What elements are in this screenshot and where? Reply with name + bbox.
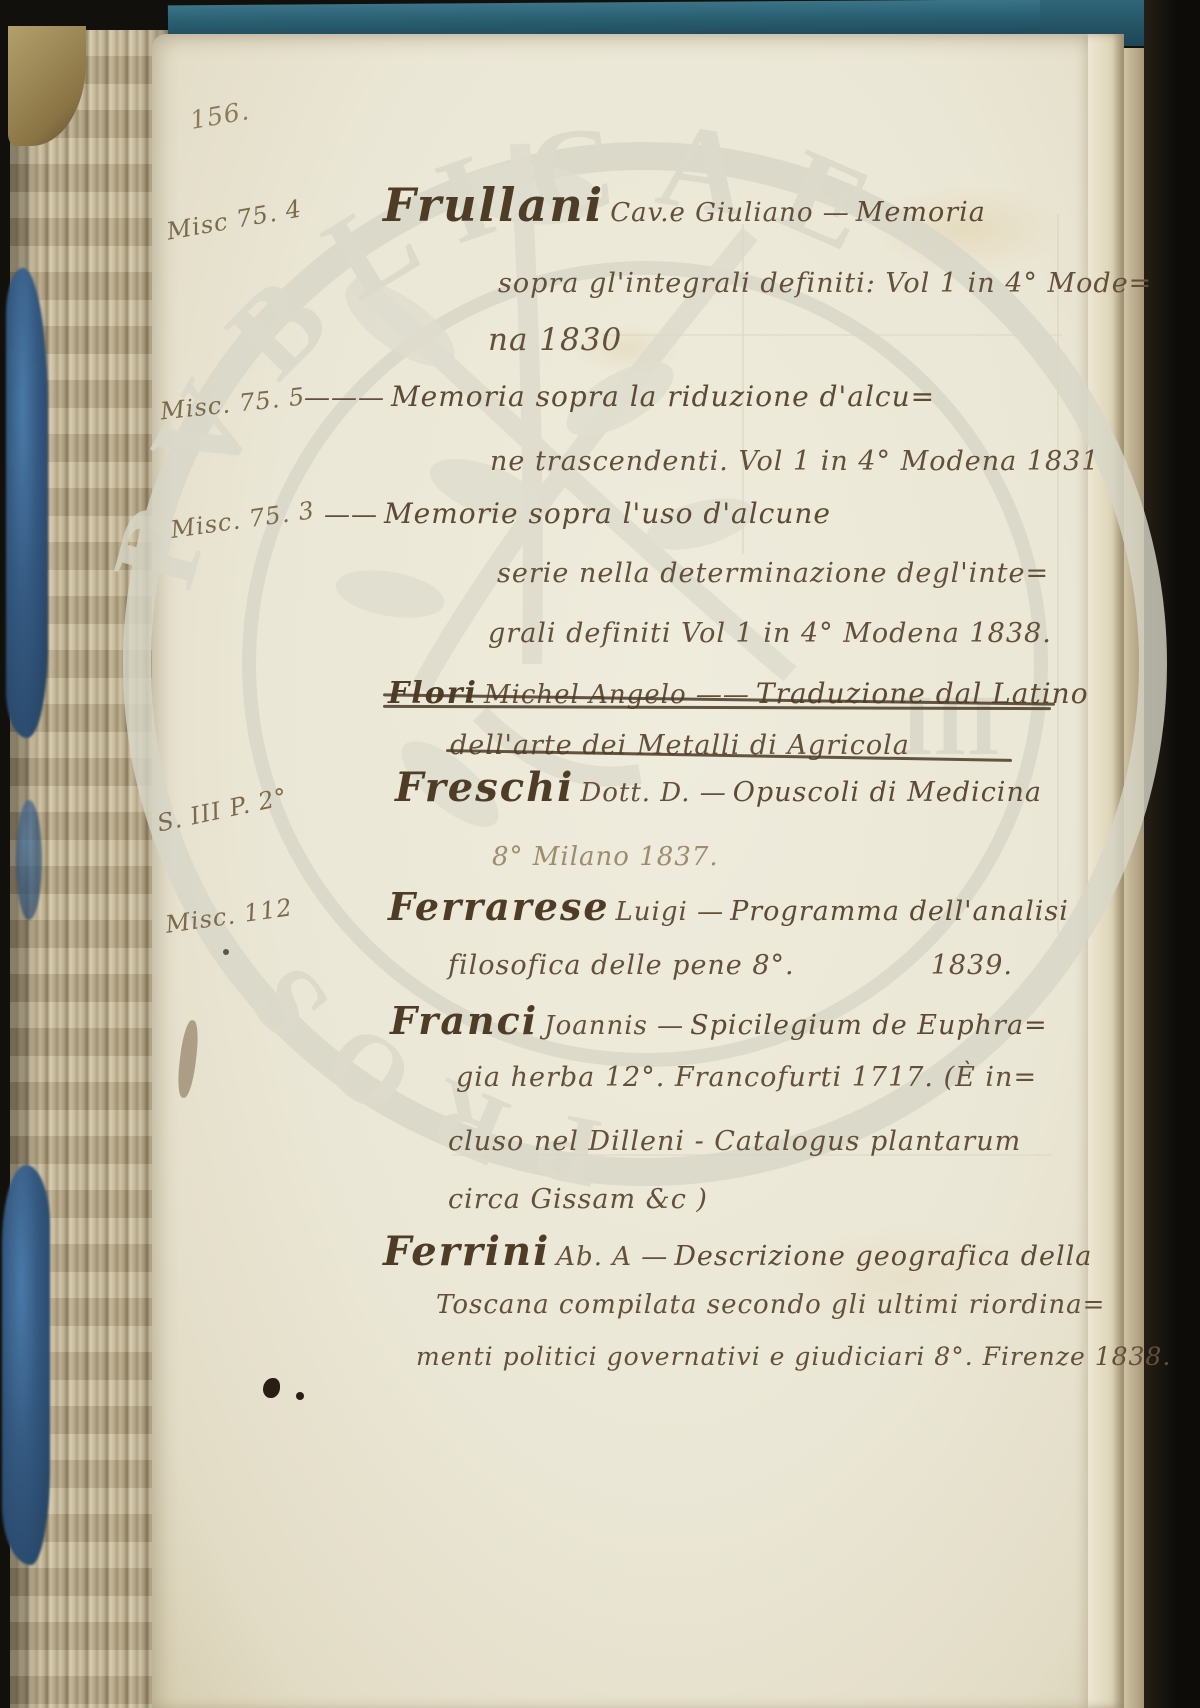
entry-author-detail: Dott. D. —	[574, 778, 732, 808]
entry-text-line: menti politici governativi e giudiciari …	[416, 1342, 1171, 1371]
entry-author-detail: Ab. A —	[550, 1242, 674, 1272]
ink-blot	[296, 1392, 304, 1400]
entry-title-start: Spicilegium de Euphra=	[690, 1010, 1048, 1041]
entry-author-detail: Luigi —	[610, 897, 731, 927]
background-shadow	[1144, 0, 1200, 1708]
entry-title-start: Opuscoli di Medicina	[733, 777, 1042, 808]
entry-author: Ferrini	[383, 1228, 550, 1275]
entry-author-detail: ——	[318, 500, 384, 530]
entry-text-line: na 1830	[488, 322, 622, 358]
catalog-entry-heading: ——Memorie sopra l'uso d'alcune	[318, 497, 831, 530]
marbled-cover-glimpse	[6, 268, 48, 738]
marbled-cover-glimpse	[2, 1165, 50, 1565]
entry-text-line: 8° Milano 1837.	[492, 842, 719, 872]
entry-text-line: cluso nel Dilleni - Catalogus plantarum	[448, 1126, 1021, 1157]
entry-text-line: serie nella determinazione degl'inte=	[497, 558, 1049, 589]
entry-year: 1839.	[931, 950, 1013, 981]
entry-text-line: sopra gl'integrali definiti: Vol 1 in 4°…	[498, 268, 1152, 299]
entry-title-start: Programma dell'analisi	[730, 896, 1069, 927]
catalog-entry-heading: FranciJoannis —Spicilegium de Euphra=	[390, 998, 1048, 1043]
catalog-entry-heading: FerrareseLuigi —Programma dell'analisi	[388, 884, 1069, 929]
entry-title-start: Descrizione geografica della	[674, 1241, 1092, 1272]
ink-blot	[223, 949, 229, 955]
ledger-ruling	[602, 334, 1062, 336]
catalog-entry-heading: ———Memoria sopra la riduzione d'alcu=	[298, 380, 935, 413]
entry-text-line: filosofica delle pene 8°.1839.	[448, 950, 1013, 981]
entry-text-line: grali definiti Vol 1 in 4° Modena 1838.	[488, 618, 1052, 649]
entry-title-start: Memorie sopra l'uso d'alcune	[384, 497, 831, 530]
entry-title-start: Memoria	[856, 197, 986, 228]
catalog-entry-heading: FerriniAb. A —Descrizione geografica del…	[383, 1228, 1092, 1275]
entry-text-line: filosofica delle pene 8°.	[448, 950, 795, 981]
entry-text-line: gia herba 12°. Francofurti 1717. (È in=	[456, 1062, 1037, 1093]
entry-author-detail: Cav.e Giuliano —	[604, 198, 856, 228]
entry-author-detail: Joannis —	[538, 1011, 690, 1041]
entry-author: Freschi	[395, 764, 574, 811]
catalog-entry-heading: FrullaniCav.e Giuliano —Memoria	[383, 178, 986, 232]
entry-author: Ferrarese	[388, 884, 610, 929]
catalog-entry-heading: FreschiDott. D. —Opuscoli di Medicina	[395, 764, 1042, 811]
entry-author-detail: ———	[298, 383, 391, 413]
entry-text-line: Toscana compilata secondo gli ultimi rio…	[436, 1290, 1105, 1320]
entry-author: Franci	[390, 998, 538, 1043]
entry-author: Frullani	[383, 178, 604, 232]
entry-text-line: ne trascendenti. Vol 1 in 4° Modena 1831	[490, 446, 1100, 477]
ledger-ruling	[1057, 214, 1059, 934]
marbled-cover-glimpse	[16, 800, 42, 920]
entry-title-start: Memoria sopra la riduzione d'alcu=	[391, 380, 935, 413]
manuscript-photo: { "page_number": "156.", "stamp": { "arc…	[0, 0, 1200, 1708]
entry-text-line: circa Gissam &c )	[448, 1184, 708, 1215]
